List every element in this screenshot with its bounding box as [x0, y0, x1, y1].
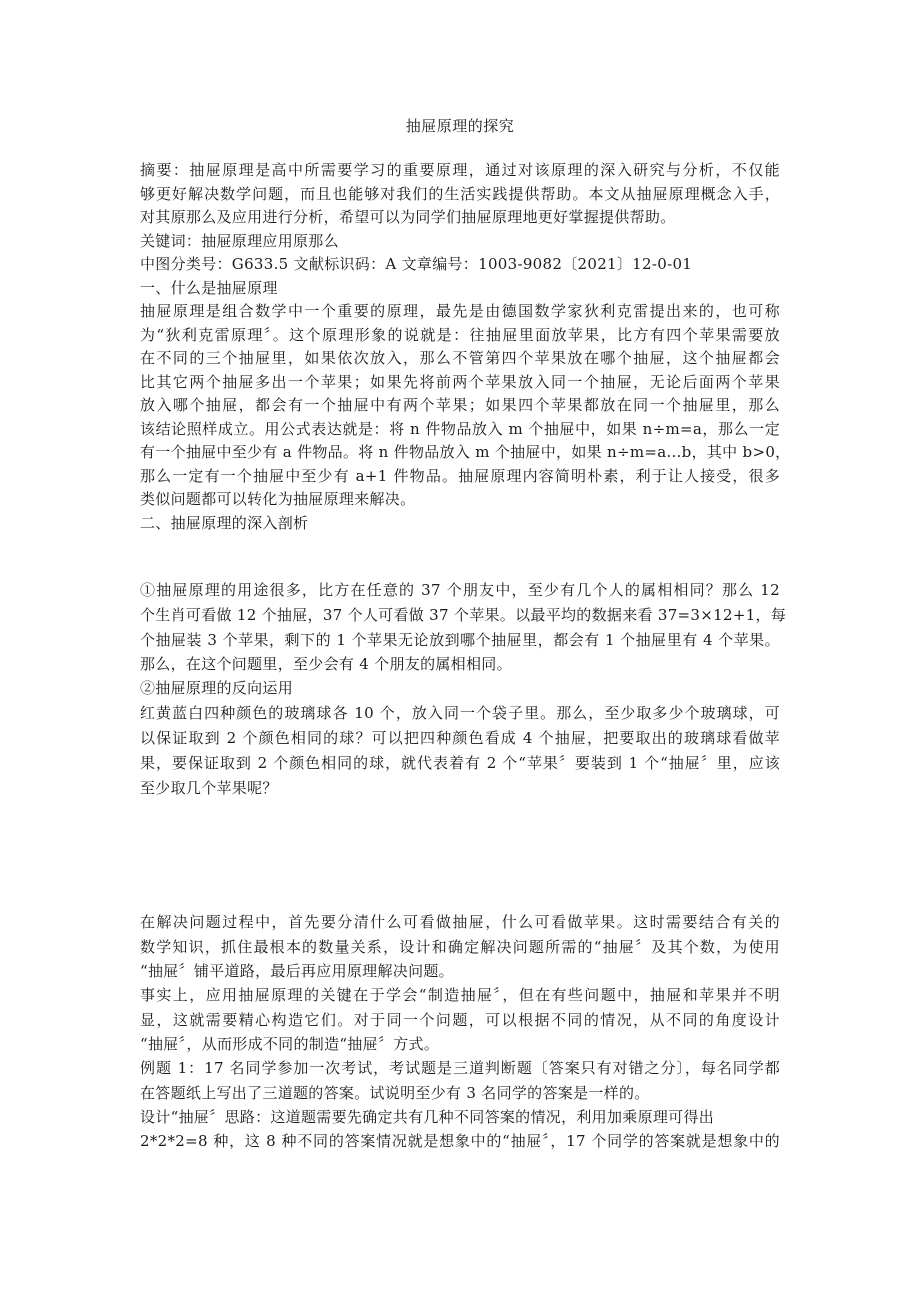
paragraph-line: 2*2*2=8 种，这 8 种不同的答案情况就是想象中的“抽屉〞，17 个同学的… — [140, 1131, 780, 1151]
paragraph-line: 设计“抽屉〞思路：这道题需要先确定共有几种不同答案的情况，利用加乘原理可得出 — [140, 1107, 780, 1127]
paragraph-line: 中图分类号：G633.5 文献标识码：A 文章编号：1003-9082〔2021… — [140, 254, 780, 274]
paragraph-line: 对其原那么及应用进行分析，希望可以为同学们抽屉原理地更好掌握提供帮助。 — [140, 207, 780, 227]
paragraph-line: 以保证取到 2 个颜色相同的球？可以把四种颜色看成 4 个抽屉，把要取出的玻璃球… — [140, 728, 780, 748]
paragraph-line: ②抽屉原理的反向运用 — [140, 678, 780, 698]
paragraph-line: 那么，在这个问题里，至少会有 4 个朋友的属相相同。 — [140, 654, 780, 674]
paragraph-line: 红黄蓝白四种颜色的玻璃球各 10 个，放入同一个袋子里。那么，至少取多少个玻璃球… — [140, 703, 780, 723]
paragraph-line: 例题 1：17 名同学参加一次考试，考试题是三道判断题〔答案只有对错之分〕，每名… — [140, 1058, 780, 1078]
paragraph-line: 个抽屉装 3 个苹果，剩下的 1 个苹果无论放到哪个抽屉里，都会有 1 个抽屉里… — [140, 630, 780, 650]
paragraph-line: 摘要：抽屉原理是高中所需要学习的重要原理，通过对该原理的深入研究与分析，不仅能 — [140, 160, 780, 180]
paragraph-line: 二、抽屉原理的深入剖析 — [140, 513, 780, 533]
document-page: 抽屉原理的探究 摘要：抽屉原理是高中所需要学习的重要原理，通过对该原理的深入研究… — [0, 0, 920, 1302]
paragraph-line: 类似问题都可以转化为抽屉原理来解决。 — [140, 489, 780, 509]
paragraph-line: 为“狄利克雷原理〞。这个原理形象的说就是：往抽屉里面放苹果，比方有四个苹果需要放 — [140, 325, 780, 345]
paragraph-line: 事实上，应用抽屉原理的关键在于学会“制造抽屉〞，但在有些问题中，抽屉和苹果并不明 — [140, 985, 780, 1005]
document-title: 抽屉原理的探究 — [0, 116, 920, 136]
paragraph-line: 有一个抽屉中至少有 a 件物品。将 n 件物品放入 m 个抽屉中，如果 n÷m=… — [140, 442, 780, 462]
paragraph-line: 个生肖可看做 12 个抽屉，37 个人可看做 37 个苹果。以最平均的数据来看 … — [140, 605, 780, 625]
paragraph-line: ①抽屉原理的用途很多，比方在任意的 37 个朋友中，至少有几个人的属相相同？那么… — [140, 580, 780, 600]
paragraph-line: 那么一定有一个抽屉中至少有 a+1 件物品。抽屉原理内容简明朴素，利于让人接受，… — [140, 466, 780, 486]
paragraph-line: 在不同的三个抽屉里，如果依次放入，那么不管第四个苹果放在哪个抽屉，这个抽屉都会 — [140, 348, 780, 368]
paragraph-line: 果，要保证取到 2 个颜色相同的球，就代表着有 2 个“苹果〞要装到 1 个“抽… — [140, 753, 780, 773]
paragraph-line: 一、什么是抽屉原理 — [140, 278, 780, 298]
paragraph-line: 显，这就需要精心构造它们。对于同一个问题，可以根据不同的情况，从不同的角度设计 — [140, 1010, 780, 1030]
paragraph-line: 够更好解决数学问题，而且也能够对我们的生活实践提供帮助。本文从抽屉原理概念入手， — [140, 184, 780, 204]
paragraph-line: 该结论照样成立。用公式表达就是：将 n 件物品放入 m 个抽屉中，如果 n÷m=… — [140, 419, 780, 439]
paragraph-line: 至少取几个苹果呢？ — [140, 778, 780, 798]
paragraph-line: 在解决问题过程中，首先要分清什么可看做抽屉，什么可看做苹果。这时需要结合有关的 — [140, 912, 780, 932]
paragraph-line: 在答题纸上写出了三道题的答案。试说明至少有 3 名同学的答案是一样的。 — [140, 1083, 780, 1103]
paragraph-line: 数学知识，抓住最根本的数量关系，设计和确定解决问题所需的“抽屉〞及其个数，为使用 — [140, 937, 780, 957]
paragraph-line: 比其它两个抽屉多出一个苹果；如果先将前两个苹果放入同一个抽屉，无论后面两个苹果 — [140, 372, 780, 392]
paragraph-line: 关键词：抽屉原理应用原那么 — [140, 231, 780, 251]
paragraph-line: “抽屉〞铺平道路，最后再应用原理解决问题。 — [140, 961, 780, 981]
paragraph-line: 抽屉原理是组合数学中一个重要的原理，最先是由德国数学家狄利克雷提出来的，也可称 — [140, 301, 780, 321]
paragraph-line: “抽屉〞，从而形成不同的制造“抽屉〞方式。 — [140, 1034, 780, 1054]
paragraph-line: 放入哪个抽屉，都会有一个抽屉中有两个苹果；如果四个苹果都放在同一个抽屉里，那么 — [140, 395, 780, 415]
